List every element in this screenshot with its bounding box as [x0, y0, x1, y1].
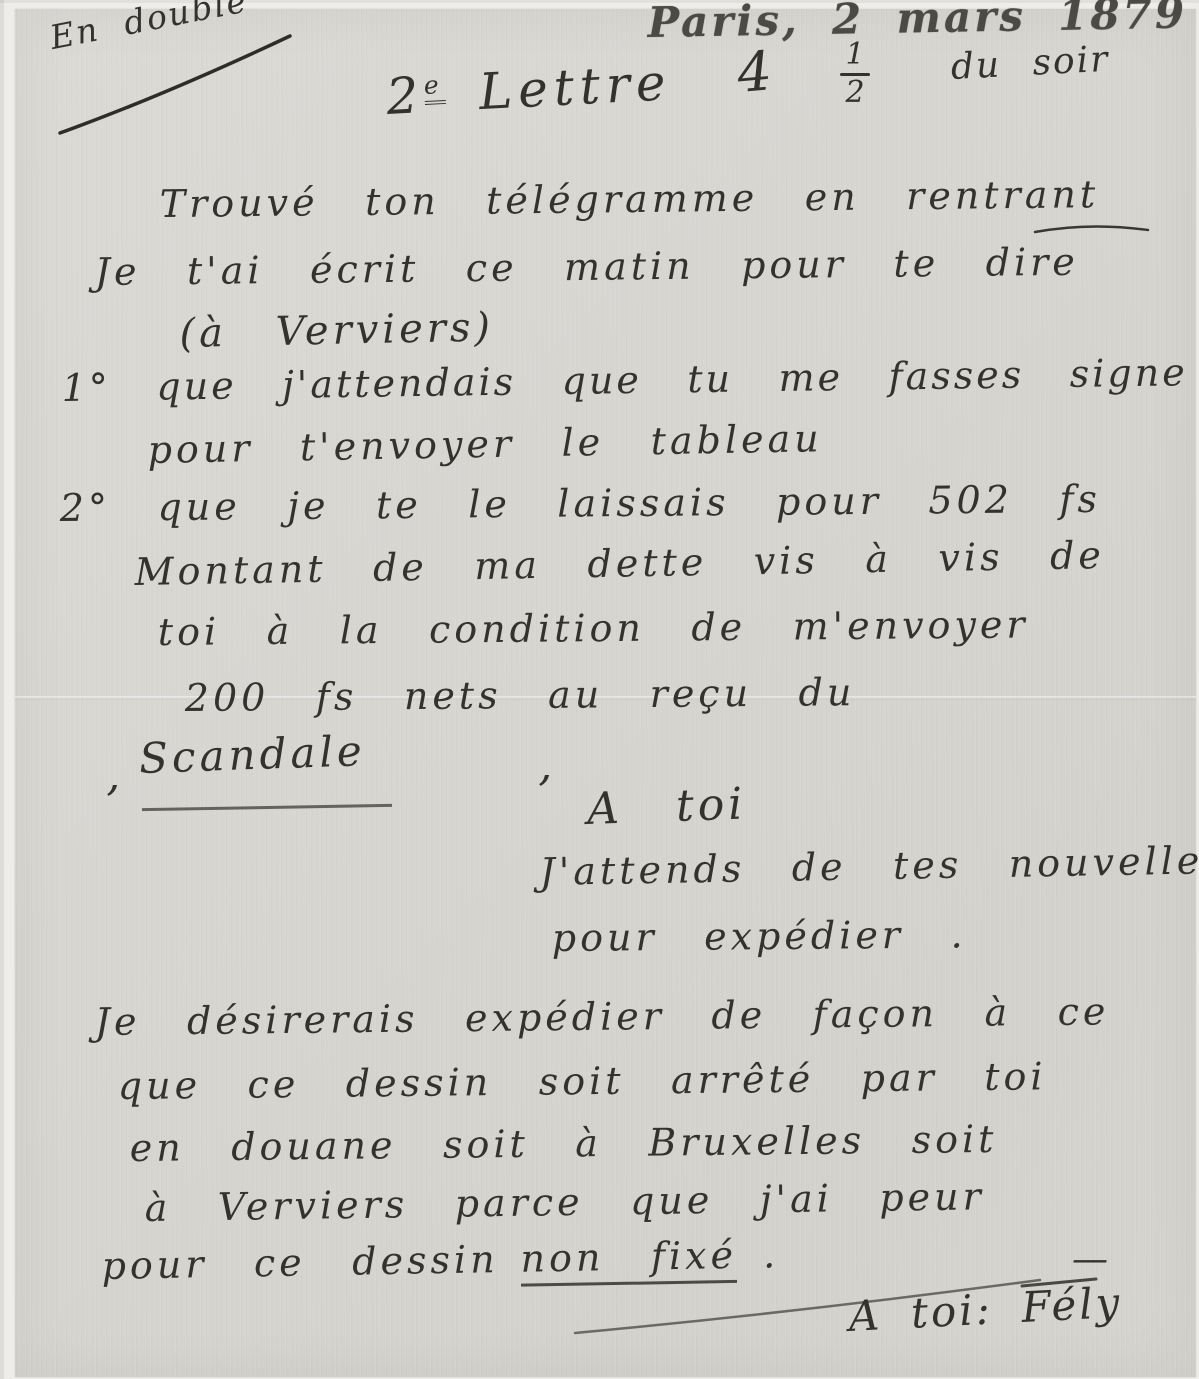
closing-end-dash: —: [1072, 1240, 1112, 1280]
dateline-fraction: 1 2: [840, 38, 870, 107]
one-half-fraction: 1 2: [840, 41, 870, 107]
signature: A toi: Fély: [848, 1280, 1124, 1340]
scandale-quote-close: ‚: [538, 742, 556, 790]
body-line: Montant de ma dette vis à vis de: [134, 535, 1105, 594]
body-line: toi à la condition de m'envoyer: [158, 604, 1029, 653]
body-line: A toi: [586, 780, 747, 834]
scandale-quote-open: ‚: [106, 752, 124, 800]
annotation-en-double: En double: [47, 0, 251, 56]
body-line: pour t'envoyer le tableau: [147, 418, 823, 472]
fraction-numerator: 1: [845, 41, 864, 70]
body-line: Je t'ai écrit ce matin pour te dire: [95, 242, 1079, 294]
closing-underlined: non fixé: [520, 1233, 737, 1287]
body-line: Je désirerais expédier de façon à ce: [95, 991, 1110, 1043]
body-line: que ce dessin soit arrêté par toi: [118, 1056, 1047, 1108]
heading-number: 2: [385, 66, 426, 126]
letter-heading: 2eLettre: [385, 55, 673, 125]
body-line: Trouvé ton télégramme en rentrant: [160, 174, 1100, 226]
body-line: 1° que j'attendais que tu me fasses sign…: [61, 352, 1188, 410]
closing-tail: .: [763, 1232, 780, 1276]
body-line: J'attends de tes nouvelles: [539, 840, 1199, 894]
body-line: 2° que je te le laissais pour 502 fs: [60, 479, 1102, 530]
fraction-denominator: 2: [845, 79, 864, 108]
closing-line: pour ce dessinnon fixé.: [101, 1234, 779, 1288]
heading-ordinal: e: [423, 70, 446, 105]
body-line: 200 fs nets au reçu du: [185, 672, 856, 720]
handwriting-layer: En double Paris, 2 mars 1879 4 1 2 du so…: [0, 0, 1199, 1379]
body-line: (à Verviers): [179, 305, 494, 356]
body-line: pour expédier .: [552, 914, 967, 959]
closing-lead: pour ce dessin: [101, 1237, 499, 1288]
letter-photograph: En double Paris, 2 mars 1879 4 1 2 du so…: [0, 0, 1199, 1379]
scandale-word: Scandale: [138, 728, 366, 782]
dateline-hour: 4: [735, 41, 778, 104]
scandale-underline-dash: [142, 804, 392, 811]
dateline-time-suffix: du soir: [950, 40, 1110, 88]
heading-word: Lettre: [477, 53, 672, 121]
body-line: à Verviers parce que j'ai peur: [144, 1176, 985, 1230]
body-line: en douane soit à Bruxelles soit: [130, 1119, 998, 1170]
